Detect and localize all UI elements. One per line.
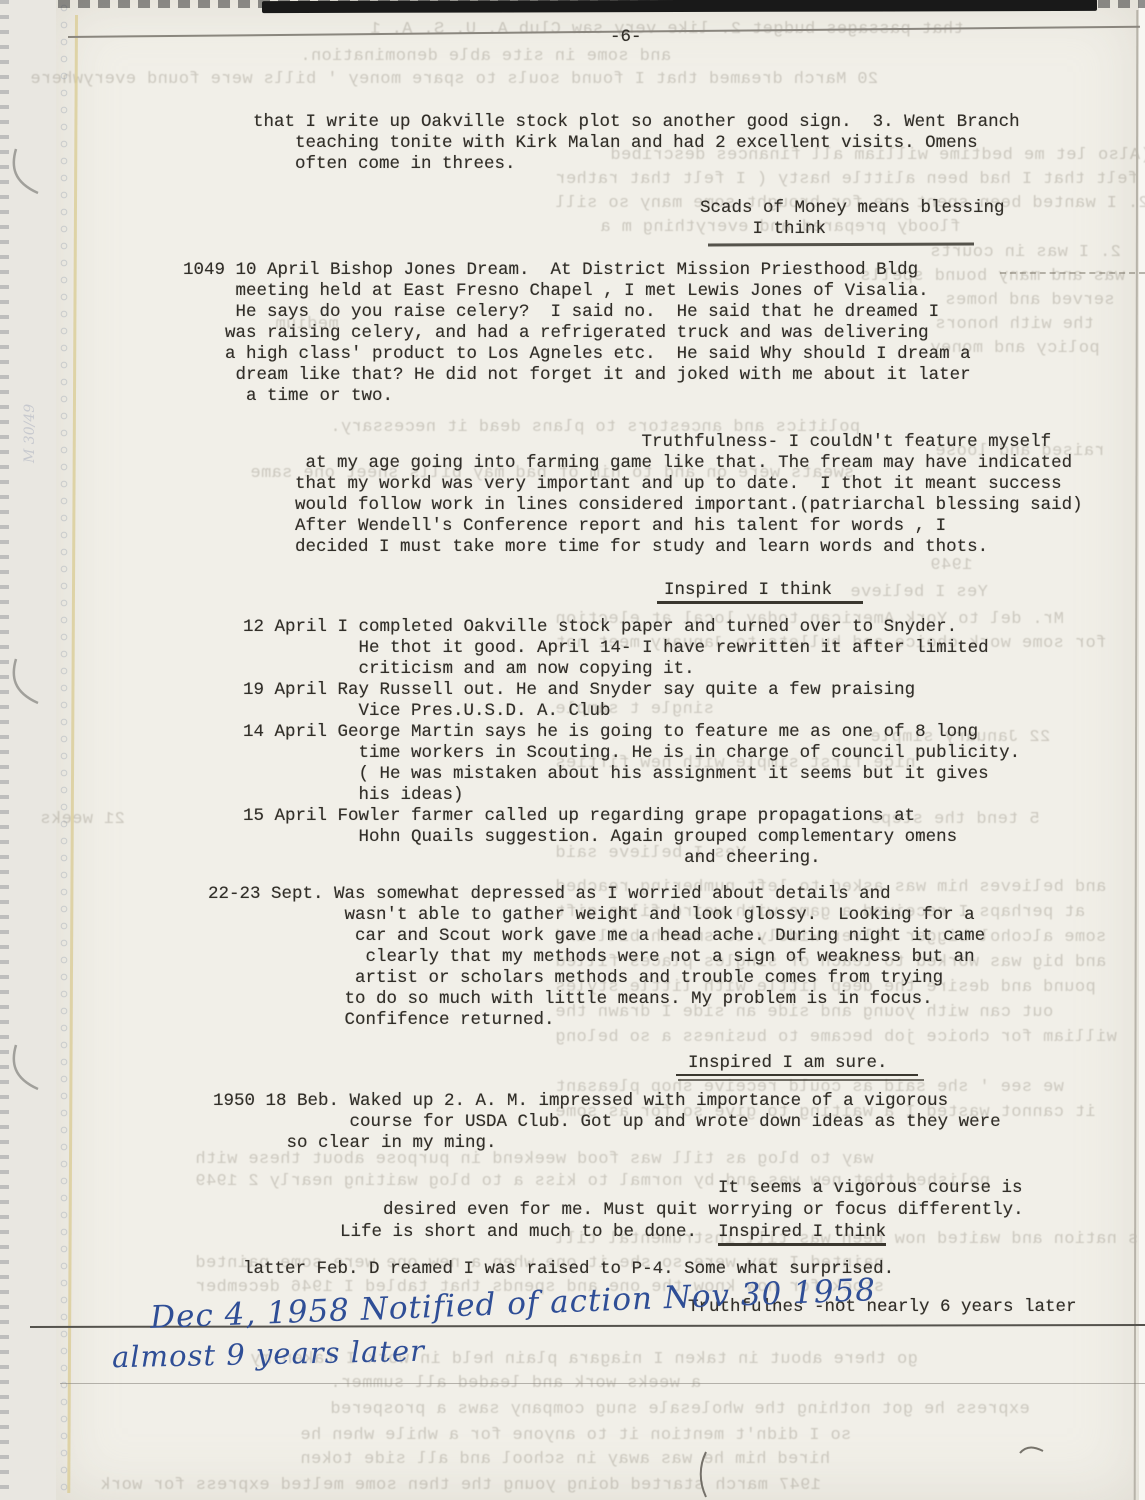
heading-inspired-i-think: Inspired I think (664, 580, 832, 601)
line-vigorous-course-3: Life is short and much to be done. Inspi… (340, 1222, 886, 1243)
underlined-inspired-i-think: Inspired I think (718, 1222, 886, 1246)
stray-tilde-mark (1018, 1443, 1046, 1457)
bleedthrough-line: Yes I believe (850, 583, 988, 602)
pen-arc-mark (8, 656, 44, 708)
paragraph-truthfulness: Truthfulness- I couldN't feature myself … (295, 432, 1083, 558)
handwritten-almost-9-years-later: almost 9 years later (112, 1334, 426, 1375)
bleedthrough-line: 20 March dreamed that I found souls to s… (30, 70, 878, 89)
note-scads-of-money: Scads of Money means blessing I think (700, 198, 1005, 240)
bleedthrough-line: so I didn't mention it to anyone for a w… (300, 1426, 851, 1445)
bleedthrough-line: and some in site able denomination. (300, 47, 671, 66)
bleedthrough-line: 1947 march started doing young the then … (100, 1476, 821, 1495)
entry-1049-bishop-jones-dream: 1049 10 April Bishop Jones Dream. At Dis… (183, 260, 971, 407)
underline-inspired-i-think (657, 601, 863, 604)
bleedthrough-line: 1949 (930, 556, 972, 575)
scan-edge-ticks (0, 0, 9, 1500)
scan-top-edge-bar (262, 0, 1097, 13)
pen-arc-mark (8, 146, 44, 198)
entry-1950-18-feb: 1950 18 Beb. Waked up 2. A. M. impressed… (213, 1091, 1001, 1154)
scan-right-margin (1139, 0, 1145, 1500)
pen-arc-mark (8, 1042, 44, 1094)
line-vigorous-course-2: desired even for me. Must quit worrying … (383, 1200, 1024, 1221)
line-vigorous-course-1: It seems a vigorous course is (718, 1178, 1023, 1199)
bleedthrough-line: express he got nothing the wholesale snu… (330, 1400, 1030, 1419)
line-vigorous-course-3a: Life is short and much to be done. (340, 1222, 718, 1242)
heading-inspired-i-am-sure: Inspired I am sure. (688, 1053, 888, 1074)
margin-handwriting: M 30/49 (22, 333, 38, 463)
bottom-rule-light (60, 1383, 1145, 1384)
page-number: -6- (610, 27, 642, 48)
stray-pen-stroke (694, 1450, 712, 1500)
entry-22-23-sept: 22-23 Sept. Was somewhat depressed as I … (208, 884, 985, 1031)
bleedthrough-line: hired him he was away in school and all … (300, 1450, 830, 1469)
underline-inspired-sure-1 (676, 1074, 918, 1076)
entries-april: 12 April I completed Oakville stock pape… (243, 617, 1020, 869)
bleedthrough-line: 21 weeks (40, 810, 125, 829)
scanned-journal-page: M 30/49 that passages budget 2. like ver… (0, 0, 1145, 1500)
underline-inspired-sure-2 (678, 1079, 924, 1081)
paragraph-oakville-stock: that I write up Oakville stock plot so a… (253, 112, 1020, 175)
